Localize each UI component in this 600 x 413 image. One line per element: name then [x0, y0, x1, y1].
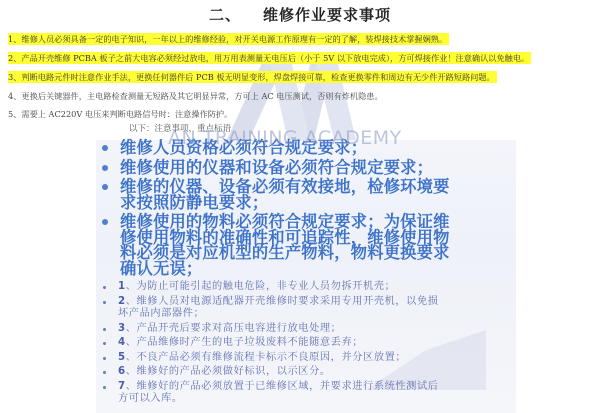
bullet-dot-icon — [102, 184, 108, 190]
bullet-number: 2 — [118, 296, 126, 307]
safety-slide-image: 维修人员资格必须符合规定要求； 维修使用的仪器和设备必须符合规定要求； 维修的仪… — [96, 140, 516, 413]
bullet-line: 、维修人员对电源适配器开壳维修时要求采用专用开壳机，以免损 — [126, 296, 439, 307]
secondary-bullet: 7、维修好的产品必须放置于已维修区域，并要求进行系统性测试后 方可以入库。 — [96, 381, 516, 406]
bullet-dot-icon — [103, 286, 106, 289]
secondary-bullet: 4、产品维修时产生的电子垃圾废料不能随意丢弃； — [96, 337, 516, 350]
bullet-line: 、为防止可能引起的触电危险，非专业人员勿拆开机壳； — [126, 281, 396, 292]
secondary-bullet: 2、维修人员对电源适配器开壳维修时要求采用专用开壳机，以免损 坏产品内部器件； — [96, 296, 516, 321]
bullet-dot-icon — [102, 219, 108, 225]
bullet-line: 确认无误； — [120, 261, 516, 277]
rule-item-2: 2、产品开壳维修 PCBA 板子之前大电容必须经过放电，用万用表测量无电压后（小… — [8, 52, 531, 64]
bullet-line: 、维修好的产品必须做好标识，以示区分。 — [126, 366, 331, 377]
bullet-dot-icon — [103, 386, 106, 389]
bullet-line: 坏产品内部器件； — [118, 308, 516, 321]
bullet-line: 方可以入库。 — [118, 393, 516, 406]
bullet-dot-icon — [103, 357, 106, 360]
secondary-bullet: 5、不良产品必须有维修流程卡标示不良原因，并分区放置； — [96, 352, 516, 365]
section-number: 二、 — [209, 6, 241, 24]
bullet-line: 维修使用的仪器和设备必须符合规定要求； — [120, 160, 516, 176]
bullet-dot-icon — [103, 301, 106, 304]
bullet-line: 、维修好的产品必须放置于已维修区域，并要求进行系统性测试后 — [126, 381, 439, 392]
bullet-number: 3 — [118, 323, 126, 334]
primary-bullet: 维修的仪器、设备必须有效接地，检修环境要 求按照防静电要求； — [96, 179, 516, 210]
secondary-bullet: 1、为防止可能引起的触电危险，非专业人员勿拆开机壳； — [96, 281, 516, 294]
bullet-dot-icon — [103, 371, 106, 374]
bullet-number: 1 — [118, 281, 126, 292]
secondary-bullet: 6、维修好的产品必须做好标识，以示区分。 — [96, 366, 516, 379]
rule-item-5: 5、需要上 AC220V 电压来判断电路信号时：注意操作防护。 — [8, 108, 232, 120]
primary-bullet: 维修使用的物料必须符合规定要求；为保证维 修使用物料的准确性和可追踪性，维修使用… — [96, 214, 516, 276]
bullet-dot-icon — [102, 145, 108, 151]
section-title: 维修作业要求事项 — [263, 6, 391, 24]
bullet-number: 5 — [118, 352, 126, 363]
bullet-line: 、不良产品必须有维修流程卡标示不良原因，并分区放置； — [126, 352, 406, 363]
secondary-bullet: 3、产品开壳后要求对高压电容进行放电处理； — [96, 323, 516, 336]
rule-item-4: 4、更换后关键器件，主电路检查测量无短路及其它明显异常，方可上 AC 电压测试，… — [8, 90, 383, 102]
bullet-dot-icon — [103, 342, 106, 345]
rule-item-3: 3、判断电路元件时注意作业手法，更换任何器件后 PCB 板无明显变形，焊盘焊接可… — [8, 71, 497, 83]
bullet-number: 6 — [118, 366, 126, 377]
bullet-number: 4 — [118, 337, 126, 348]
section-heading: 二、维修作业要求事项 — [0, 4, 600, 25]
bullet-number: 7 — [118, 381, 126, 392]
rule-item-1: 1、维修人员必须具备一定的电子知识，一年以上的维修经验，对开关电源工作原理有一定… — [8, 33, 449, 45]
bullet-line: 求按照防静电要求； — [120, 195, 516, 211]
primary-bullet: 维修使用的仪器和设备必须符合规定要求； — [96, 160, 516, 176]
primary-bullet-list: 维修人员资格必须符合规定要求； 维修使用的仪器和设备必须符合规定要求； 维修的仪… — [96, 140, 516, 280]
bullet-dot-icon — [102, 165, 108, 171]
secondary-bullet-list: 1、为防止可能引起的触电危险，非专业人员勿拆开机壳； 2、维修人员对电源适配器开… — [96, 281, 516, 408]
watermark-text: AN TRAINING ACADEMY — [168, 127, 402, 149]
bullet-dot-icon — [103, 328, 106, 331]
bullet-line: 、产品维修时产生的电子垃圾废料不能随意丢弃； — [126, 337, 363, 348]
bullet-line: 、产品开壳后要求对高压电容进行放电处理； — [126, 323, 342, 334]
